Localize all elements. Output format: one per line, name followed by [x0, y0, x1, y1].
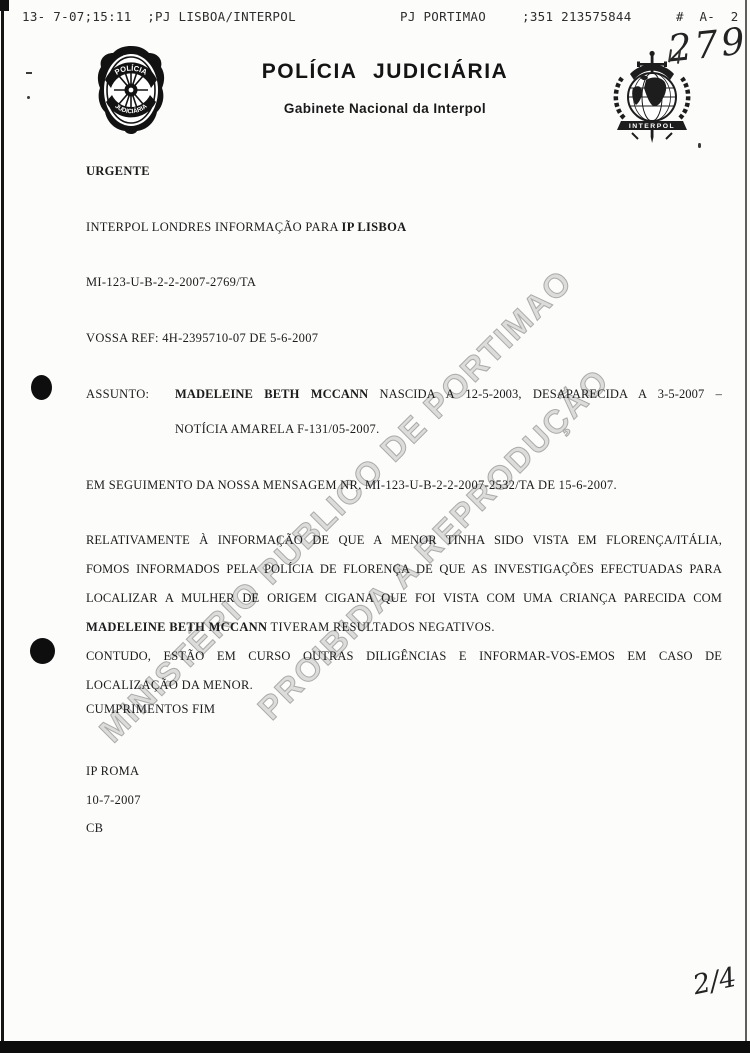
body-line-7: CUMPRIMENTOS FIM: [86, 701, 722, 717]
recipient-text: INTERPOL LONDRES INFORMAÇÃO PARA: [86, 220, 342, 234]
interpol-emblem-icon: INTERPOL: [602, 50, 702, 145]
interpol-banner-text: INTERPOL: [629, 123, 675, 130]
initials-line: CB: [86, 820, 722, 836]
page-title: POLÍCIA JUDICIÁRIA: [195, 60, 575, 84]
reference-line: MI-123-U-B-2-2-2007-2769/TA: [86, 274, 722, 290]
assunto-line2: NOTÍCIA AMARELA F-131/05-2007.: [175, 421, 722, 437]
assunto-label: ASSUNTO:: [86, 386, 171, 402]
handwritten-page-fraction: 2/4: [690, 962, 739, 1001]
recipient-bold: IP LISBOA: [342, 220, 407, 234]
ink-speck: [27, 96, 30, 99]
body-line-3: LOCALIZAR A MULHER DE ORIGEM CIGANA QUE …: [86, 590, 722, 606]
assunto-line1: MADELEINE BETH MCCANN NASCIDA A 12-5-200…: [175, 386, 722, 402]
scan-bottom-bar: [0, 1041, 750, 1053]
seguimento-line: EM SEGUIMENTO DA NOSSA MENSAGEM NR. MI-1…: [86, 477, 722, 493]
policia-judiciaria-badge-icon: POLÍCIA JUDICIÁRIA: [94, 44, 168, 138]
hole-punch-top: [31, 375, 52, 400]
scan-corner-mark: [0, 0, 9, 11]
vossa-ref-line: VOSSA REF: 4H-2395710-07 DE 5-6-2007: [86, 330, 722, 346]
page-subtitle: Gabinete Nacional da Interpol: [195, 101, 575, 116]
fax-timestamp-sender: 13- 7-07;15:11 ;PJ LISBOA/INTERPOL: [22, 9, 296, 24]
fax-recipient: PJ PORTIMAO: [400, 9, 486, 24]
ink-speck: [26, 72, 32, 74]
fax-document-page: MINISTÉRIO PÚBLICO DE PORTIMAO PROIBIDA …: [0, 0, 750, 1053]
fax-number: ;351 213575844: [522, 9, 632, 24]
urgent-label: URGENTE: [86, 163, 722, 179]
sender-line: IP ROMA: [86, 763, 722, 779]
body-line4-name-bold: MADELEINE BETH MCCANN: [86, 620, 267, 634]
hole-punch-bottom: [30, 638, 55, 664]
body-line-1: RELATIVAMENTE À INFORMAÇÃO DE QUE A MENO…: [86, 532, 722, 548]
body-line-4: MADELEINE BETH MCCANN TIVERAM RESULTADOS…: [86, 619, 722, 635]
assunto-line1-rest: NASCIDA A 12-5-2003, DESAPARECIDA A 3-5-…: [368, 387, 722, 401]
scan-edge-left: [1, 0, 4, 1053]
recipient-line: INTERPOL LONDRES INFORMAÇÃO PARA IP LISB…: [86, 219, 722, 235]
body-line-6: LOCALIZAÇÃO DA MENOR.: [86, 677, 722, 693]
body-line-2: FOMOS INFORMADOS PELA POLÍCIA DE FLORENÇ…: [86, 561, 722, 577]
body-line4-rest: TIVERAM RESULTADOS NEGATIVOS.: [267, 620, 494, 634]
date-line: 10-7-2007: [86, 792, 722, 808]
body-line-5: CONTUDO, ESTÃO EM CURSO OUTRAS DILIGÊNCI…: [86, 648, 722, 664]
assunto-name-bold: MADELEINE BETH MCCANN: [175, 387, 368, 401]
scan-edge-right: [745, 0, 747, 1053]
